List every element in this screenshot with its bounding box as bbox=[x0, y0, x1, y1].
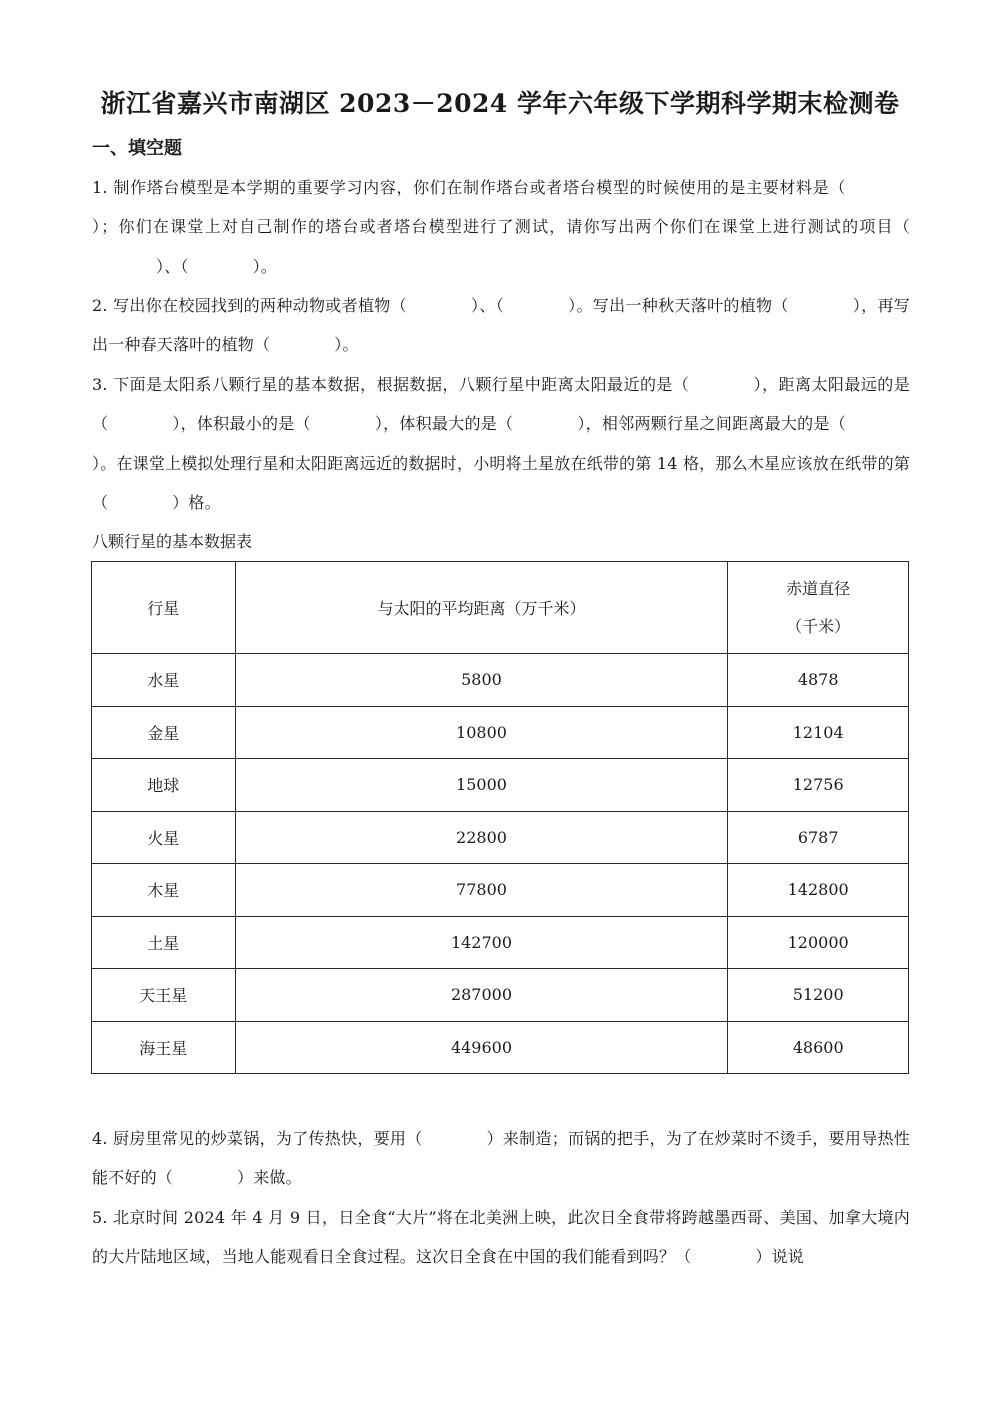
planet-diameter: 12756 bbox=[728, 759, 909, 812]
planet-name: 地球 bbox=[92, 759, 236, 812]
table-caption: 八颗行星的基本数据表 bbox=[92, 526, 252, 558]
planet-name: 土星 bbox=[92, 916, 236, 969]
question-3: 3. 下面是太阳系八颗行星的基本数据，根据数据，八颗行星中距离太阳最近的是（），… bbox=[92, 365, 910, 522]
exam-page: 浙江省嘉兴市南湖区 2023－2024 学年六年级下学期科学期末检测卷 一、填空… bbox=[0, 0, 1000, 1414]
question-1: 1. 制作塔台模型是本学期的重要学习内容，你们在制作塔台或者塔台模型的时候使用的… bbox=[92, 168, 910, 286]
question-number: 1. bbox=[92, 178, 108, 197]
planet-distance: 10800 bbox=[235, 706, 728, 759]
question-2: 2. 写出你在校园找到的两种动物或者植物（）、（）。写出一种秋天落叶的植物（），… bbox=[92, 286, 910, 365]
table-row: 天王星 287000 51200 bbox=[92, 969, 909, 1022]
planet-name: 木星 bbox=[92, 864, 236, 917]
planet-distance: 22800 bbox=[235, 811, 728, 864]
planet-name: 天王星 bbox=[92, 969, 236, 1022]
planet-name: 水星 bbox=[92, 654, 236, 707]
planet-diameter: 48600 bbox=[728, 1021, 909, 1074]
planet-distance: 287000 bbox=[235, 969, 728, 1022]
planet-diameter: 120000 bbox=[728, 916, 909, 969]
question-5: 5. 北京时间 2024 年 4 月 9 日，日全食“大片”将在北美洲上映，此次… bbox=[92, 1198, 910, 1277]
question-number: 2. bbox=[92, 296, 108, 315]
planet-data-table: 行星 与太阳的平均距离（万千米） 赤道直径 （千米） 水星 5800 4878 … bbox=[91, 561, 909, 1074]
planet-diameter: 51200 bbox=[728, 969, 909, 1022]
planet-distance: 15000 bbox=[235, 759, 728, 812]
planet-name: 海王星 bbox=[92, 1021, 236, 1074]
question-number: 5. bbox=[92, 1208, 108, 1227]
table-row: 海王星 449600 48600 bbox=[92, 1021, 909, 1074]
table-row: 水星 5800 4878 bbox=[92, 654, 909, 707]
planet-diameter: 6787 bbox=[728, 811, 909, 864]
planet-name: 金星 bbox=[92, 706, 236, 759]
header-planet: 行星 bbox=[92, 562, 236, 654]
table-row: 土星 142700 120000 bbox=[92, 916, 909, 969]
planet-diameter: 4878 bbox=[728, 654, 909, 707]
table-row: 金星 10800 12104 bbox=[92, 706, 909, 759]
table-header-row: 行星 与太阳的平均距离（万千米） 赤道直径 （千米） bbox=[92, 562, 909, 654]
planet-distance: 5800 bbox=[235, 654, 728, 707]
document-title: 浙江省嘉兴市南湖区 2023－2024 学年六年级下学期科学期末检测卷 bbox=[0, 86, 1000, 122]
table-row: 木星 77800 142800 bbox=[92, 864, 909, 917]
planet-name: 火星 bbox=[92, 811, 236, 864]
planet-diameter: 12104 bbox=[728, 706, 909, 759]
planet-distance: 142700 bbox=[235, 916, 728, 969]
planet-distance: 77800 bbox=[235, 864, 728, 917]
section-heading-fill-in-blank: 一、填空题 bbox=[92, 134, 182, 164]
question-number: 3. bbox=[92, 375, 108, 394]
table-row: 地球 15000 12756 bbox=[92, 759, 909, 812]
planet-distance: 449600 bbox=[235, 1021, 728, 1074]
question-number: 4. bbox=[92, 1129, 108, 1148]
question-4: 4. 厨房里常见的炒菜锅，为了传热快，要用（）来制造；而锅的把手，为了在炒菜时不… bbox=[92, 1119, 910, 1198]
planet-diameter: 142800 bbox=[728, 864, 909, 917]
table-row: 火星 22800 6787 bbox=[92, 811, 909, 864]
header-distance: 与太阳的平均距离（万千米） bbox=[235, 562, 728, 654]
header-diameter: 赤道直径 （千米） bbox=[728, 562, 909, 654]
